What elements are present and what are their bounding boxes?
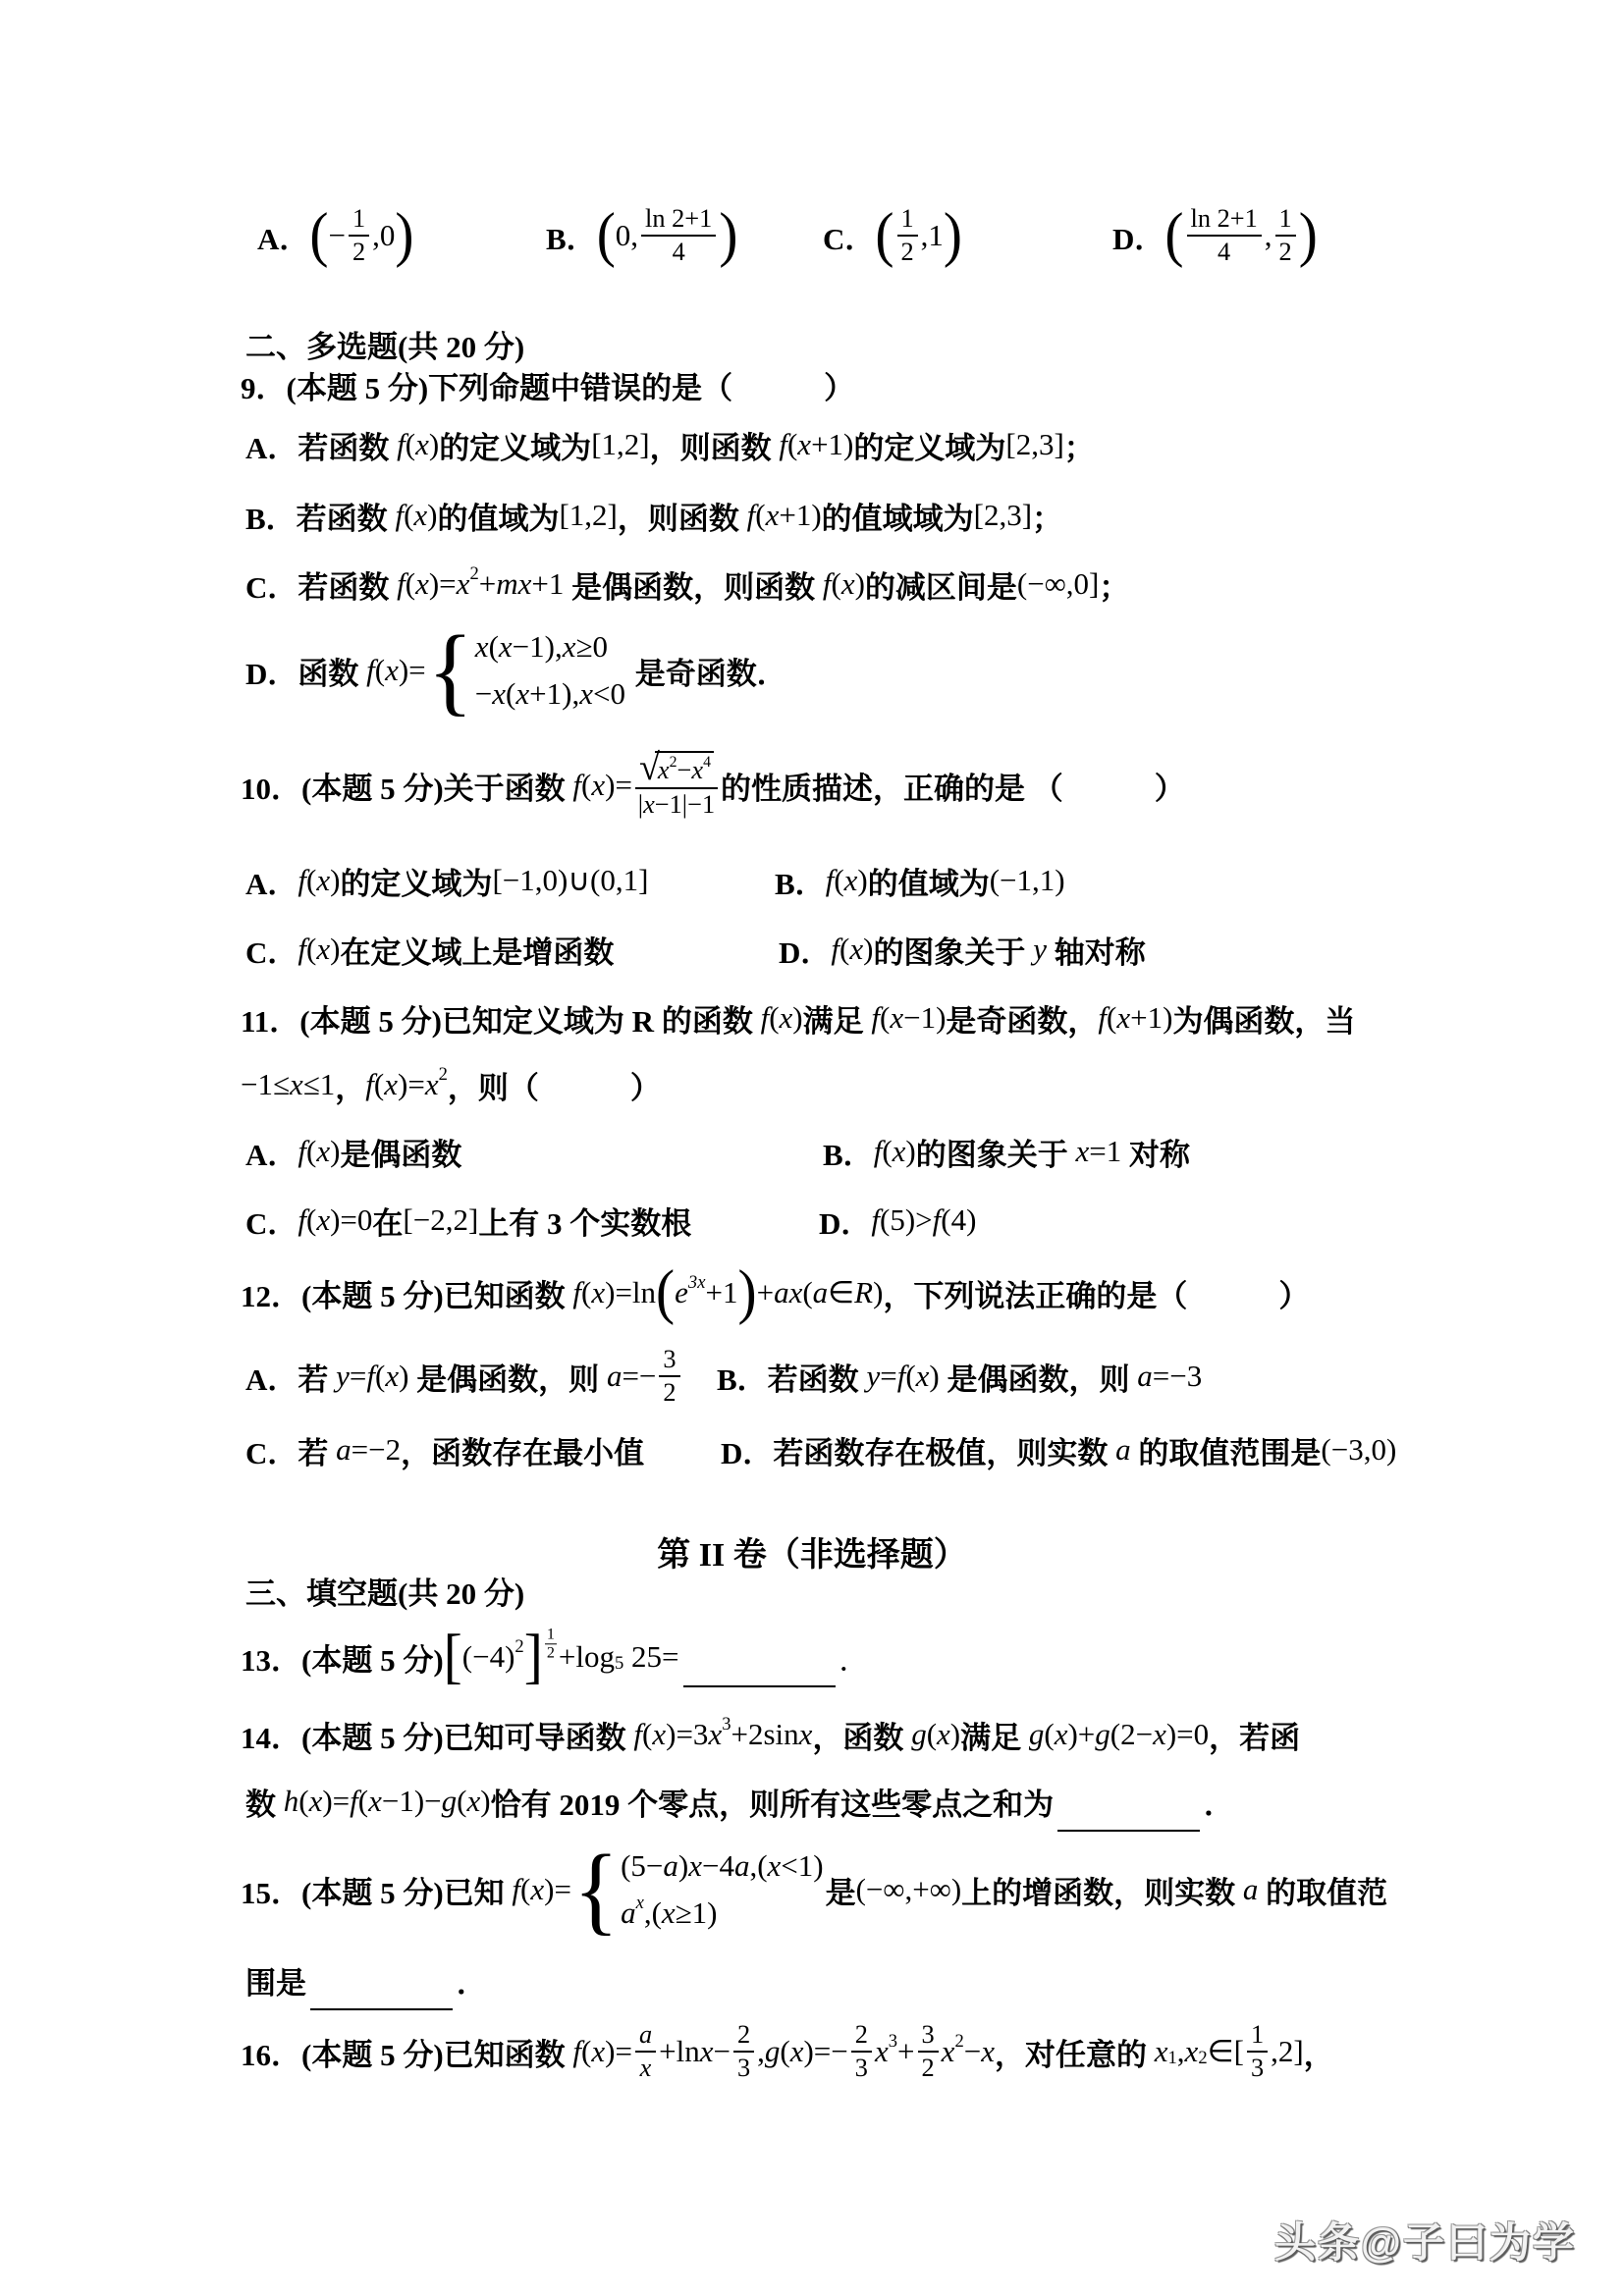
question-10-option-c: C．f(x)在定义域上是增函数 [245,922,614,977]
fraction: 23 [733,2020,754,2084]
question-15-line1: 15．(本题 5 分)已知 f(x)={(5−a)x−4a,(x<1)ax,(x… [241,1826,1387,1953]
brace: { [573,1845,619,1935]
fraction: 23 [851,2020,872,2084]
section-3-header: 三、填空题(共 20 分) [245,1571,524,1610]
fraction: ax [635,2020,656,2084]
question-12-option-a: A．若 y=f(x) 是偶函数，则 a=−32 [245,1332,683,1420]
top-option-a: A．(−12,0) [257,182,414,290]
section-2-header: 二、多选题(共 20 分) [245,324,524,363]
brace: { [428,626,473,716]
question-11-stem-line1: 11．(本题 5 分)已知定义域为 R 的函数 f(x)满足 f(x−1)是奇函… [241,990,1355,1045]
fraction: 32 [659,1345,679,1409]
question-9-option-d: D．函数 f(x)={x(x−1),x≥0−x(x+1),x<0 是奇函数． [245,616,787,724]
question-12-stem: 12．(本题 5 分)已知函数 f(x)=ln(e3x+1)+ax(a∈R)，下… [241,1265,1309,1320]
question-9-option-b: B．若函数 f(x)的值域为[1,2]，则函数 f(x+1)的值域域为[2,3]… [245,488,1062,543]
top-option-d: D．(ln 2+14,12) [1112,182,1318,290]
question-14-line1: 14．(本题 5 分)已知可导函数 f(x)=3x3+2sinx，函数 g(x)… [241,1705,1300,1764]
question-11-stem-line2: −1≤x≤1，f(x)=x2，则（ ） [241,1057,661,1112]
question-16: 16．(本题 5 分)已知函数 f(x)=ax+lnx−23,g(x)=−23x… [241,2007,1334,2096]
question-9-option-a: A．若函数 f(x)的定义域为[1,2]，则函数 f(x+1)的定义域为[2,3… [245,417,1095,472]
fraction: ln 2+14 [1187,204,1262,268]
question-11-option-d: D．f(5)>f(4) [819,1193,976,1248]
sqrt-radical: √x2−x4 [639,751,714,785]
question-11-option-b: B．f(x)的图象关于 x=1 对称 [823,1124,1190,1179]
fraction: 13 [1247,2020,1268,2084]
question-11-option-c: C．f(x)=0在[−2,2]上有 3 个实数根 [245,1193,691,1248]
question-9-stem: 9．(本题 5 分)下列命题中错误的是（ ） [241,365,854,404]
watermark: 头条@子曰为学 [1274,2211,1576,2269]
exam-page: A．(−12,0) B．(0,ln 2+14) C．(12,1) D．(ln 2… [0,0,1624,2296]
fraction: 12 [349,204,369,268]
question-11-option-a: A．f(x)是偶函数 [245,1124,461,1179]
question-14-line2: 数 h(x)=f(x−1)−g(x)恰有 2019 个零点，则所有这些零点之和为… [245,1772,1234,1831]
question-12-option-d: D．若函数存在极值，则实数 a 的取值范围是(−3,0) [721,1422,1396,1477]
answer-blank [310,1977,453,2009]
question-10-stem: 10．(本题 5 分)关于函数 f(x)=√x2−x4|x−1|−1的性质描述，… [241,721,1185,849]
part-2-title: 第 II 卷（非选择题） [0,1529,1624,1573]
fraction: 12 [1275,204,1296,268]
question-13: 13．(本题 5 分)[(−4)2]12+log5 25=． [241,1608,870,1706]
question-10-option-d: D．f(x)的图象关于 y 轴对称 [779,922,1146,977]
question-15-line2: 围是． [245,1958,487,2002]
top-option-b: B．(0,ln 2+14) [546,182,737,290]
fraction: 12 [545,1626,557,1661]
question-12-option-c: C．若 a=−2，函数存在最小值 [245,1422,644,1477]
fraction: √x2−x4|x−1|−1 [635,751,718,820]
fraction: 32 [918,2020,939,2084]
fraction: 12 [897,204,918,268]
fraction: ln 2+14 [641,204,716,268]
question-10-option-b: B．f(x)的值域为(−1,1) [775,853,1065,908]
question-10-option-a: A．f(x)的定义域为[−1,0)∪(0,1] [245,853,648,908]
answer-blank [683,1654,836,1686]
top-option-c: C．(12,1) [823,182,962,290]
question-9-option-c: C．若函数 f(x)=x2+mx+1 是偶函数，则函数 f(x)的减区间是(−∞… [245,557,1129,612]
question-12-option-b: B．若函数 y=f(x) 是偶函数，则 a=−3 [717,1349,1202,1404]
